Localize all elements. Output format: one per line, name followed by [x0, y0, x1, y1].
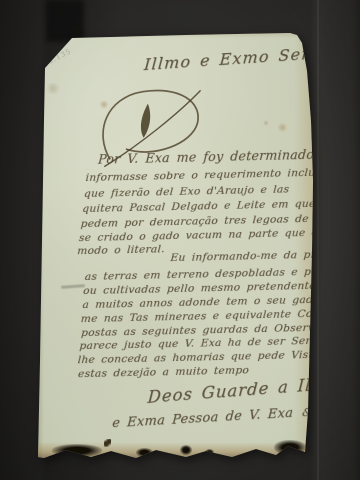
- manuscript-paper: 24.d.135 Illmo e Exmo Senhor Por V. Exa …: [36, 31, 314, 460]
- manuscript-line: Eu informando-me da pretenção que: [170, 247, 360, 264]
- paper-sheet: 24.d.135 Illmo e Exmo Senhor Por V. Exa …: [36, 31, 314, 460]
- closing-line: e Exma Pessoa de V. Exa&c.: [112, 404, 323, 431]
- backdrop-crease: [317, 0, 319, 480]
- manuscript-line: quitera Pascal Delgado e Leite em que: [82, 198, 316, 215]
- closing-line: Deos Guarde a Illma: [147, 373, 346, 407]
- manuscript-line: que fizerão del Exo d'Araujo e las: [84, 183, 290, 200]
- manuscript-line: modo o literal.: [77, 243, 165, 257]
- manuscript-line: estas dezejão a muito tempo: [78, 364, 250, 380]
- archival-number-note: 24.d.135: [34, 47, 73, 72]
- closing-text: e Exma Pessoa de V. Exa: [112, 406, 294, 432]
- handwritten-text-layer: 24.d.135 Illmo e Exmo Senhor Por V. Exa …: [31, 28, 319, 463]
- manuscript-line: informasse sobre o requerimento incluso: [85, 167, 328, 185]
- salutation-line: Illmo e Exmo Senhor: [143, 42, 344, 74]
- closing-rubric: &c.: [302, 405, 323, 419]
- manuscript-photograph: 24.d.135 Illmo e Exmo Senhor Por V. Exa …: [0, 0, 360, 480]
